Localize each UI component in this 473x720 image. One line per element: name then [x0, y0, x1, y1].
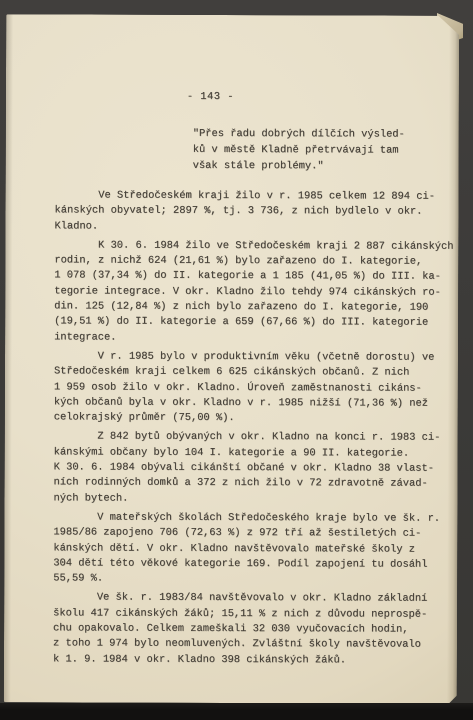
page-number: - 143 - [0, 90, 437, 104]
paragraph-families-categories: K 30. 6. 1984 žilo ve Středočeském kraji… [54, 238, 454, 346]
scan-bottom-shadow [0, 703, 473, 720]
paragraph-schools: Ve šk. r. 1983/84 navštěvovalo v okr. Kl… [53, 591, 453, 669]
scan-background: - 143 - "Přes řadu dobrých dílčích výsle… [0, 0, 473, 720]
paragraph-housing: Z 842 bytů obývaných v okr. Kladno na ko… [53, 430, 453, 508]
paragraph-kindergartens: V mateřských školách Středočeského kraje… [53, 510, 453, 588]
paragraph-employment: V r. 1985 bylo v produktivním věku (včet… [54, 349, 454, 427]
epigraph-quote: "Přes řadu dobrých dílčích výsled- ků v … [193, 127, 448, 176]
document-page: - 143 - "Přes řadu dobrých dílčích výsle… [4, 14, 459, 704]
body-text: Ve Středočeském kraji žilo v r. 1985 cel… [53, 188, 455, 672]
paragraph-population-1985: Ve Středočeském kraji žilo v r. 1985 cel… [54, 188, 454, 235]
